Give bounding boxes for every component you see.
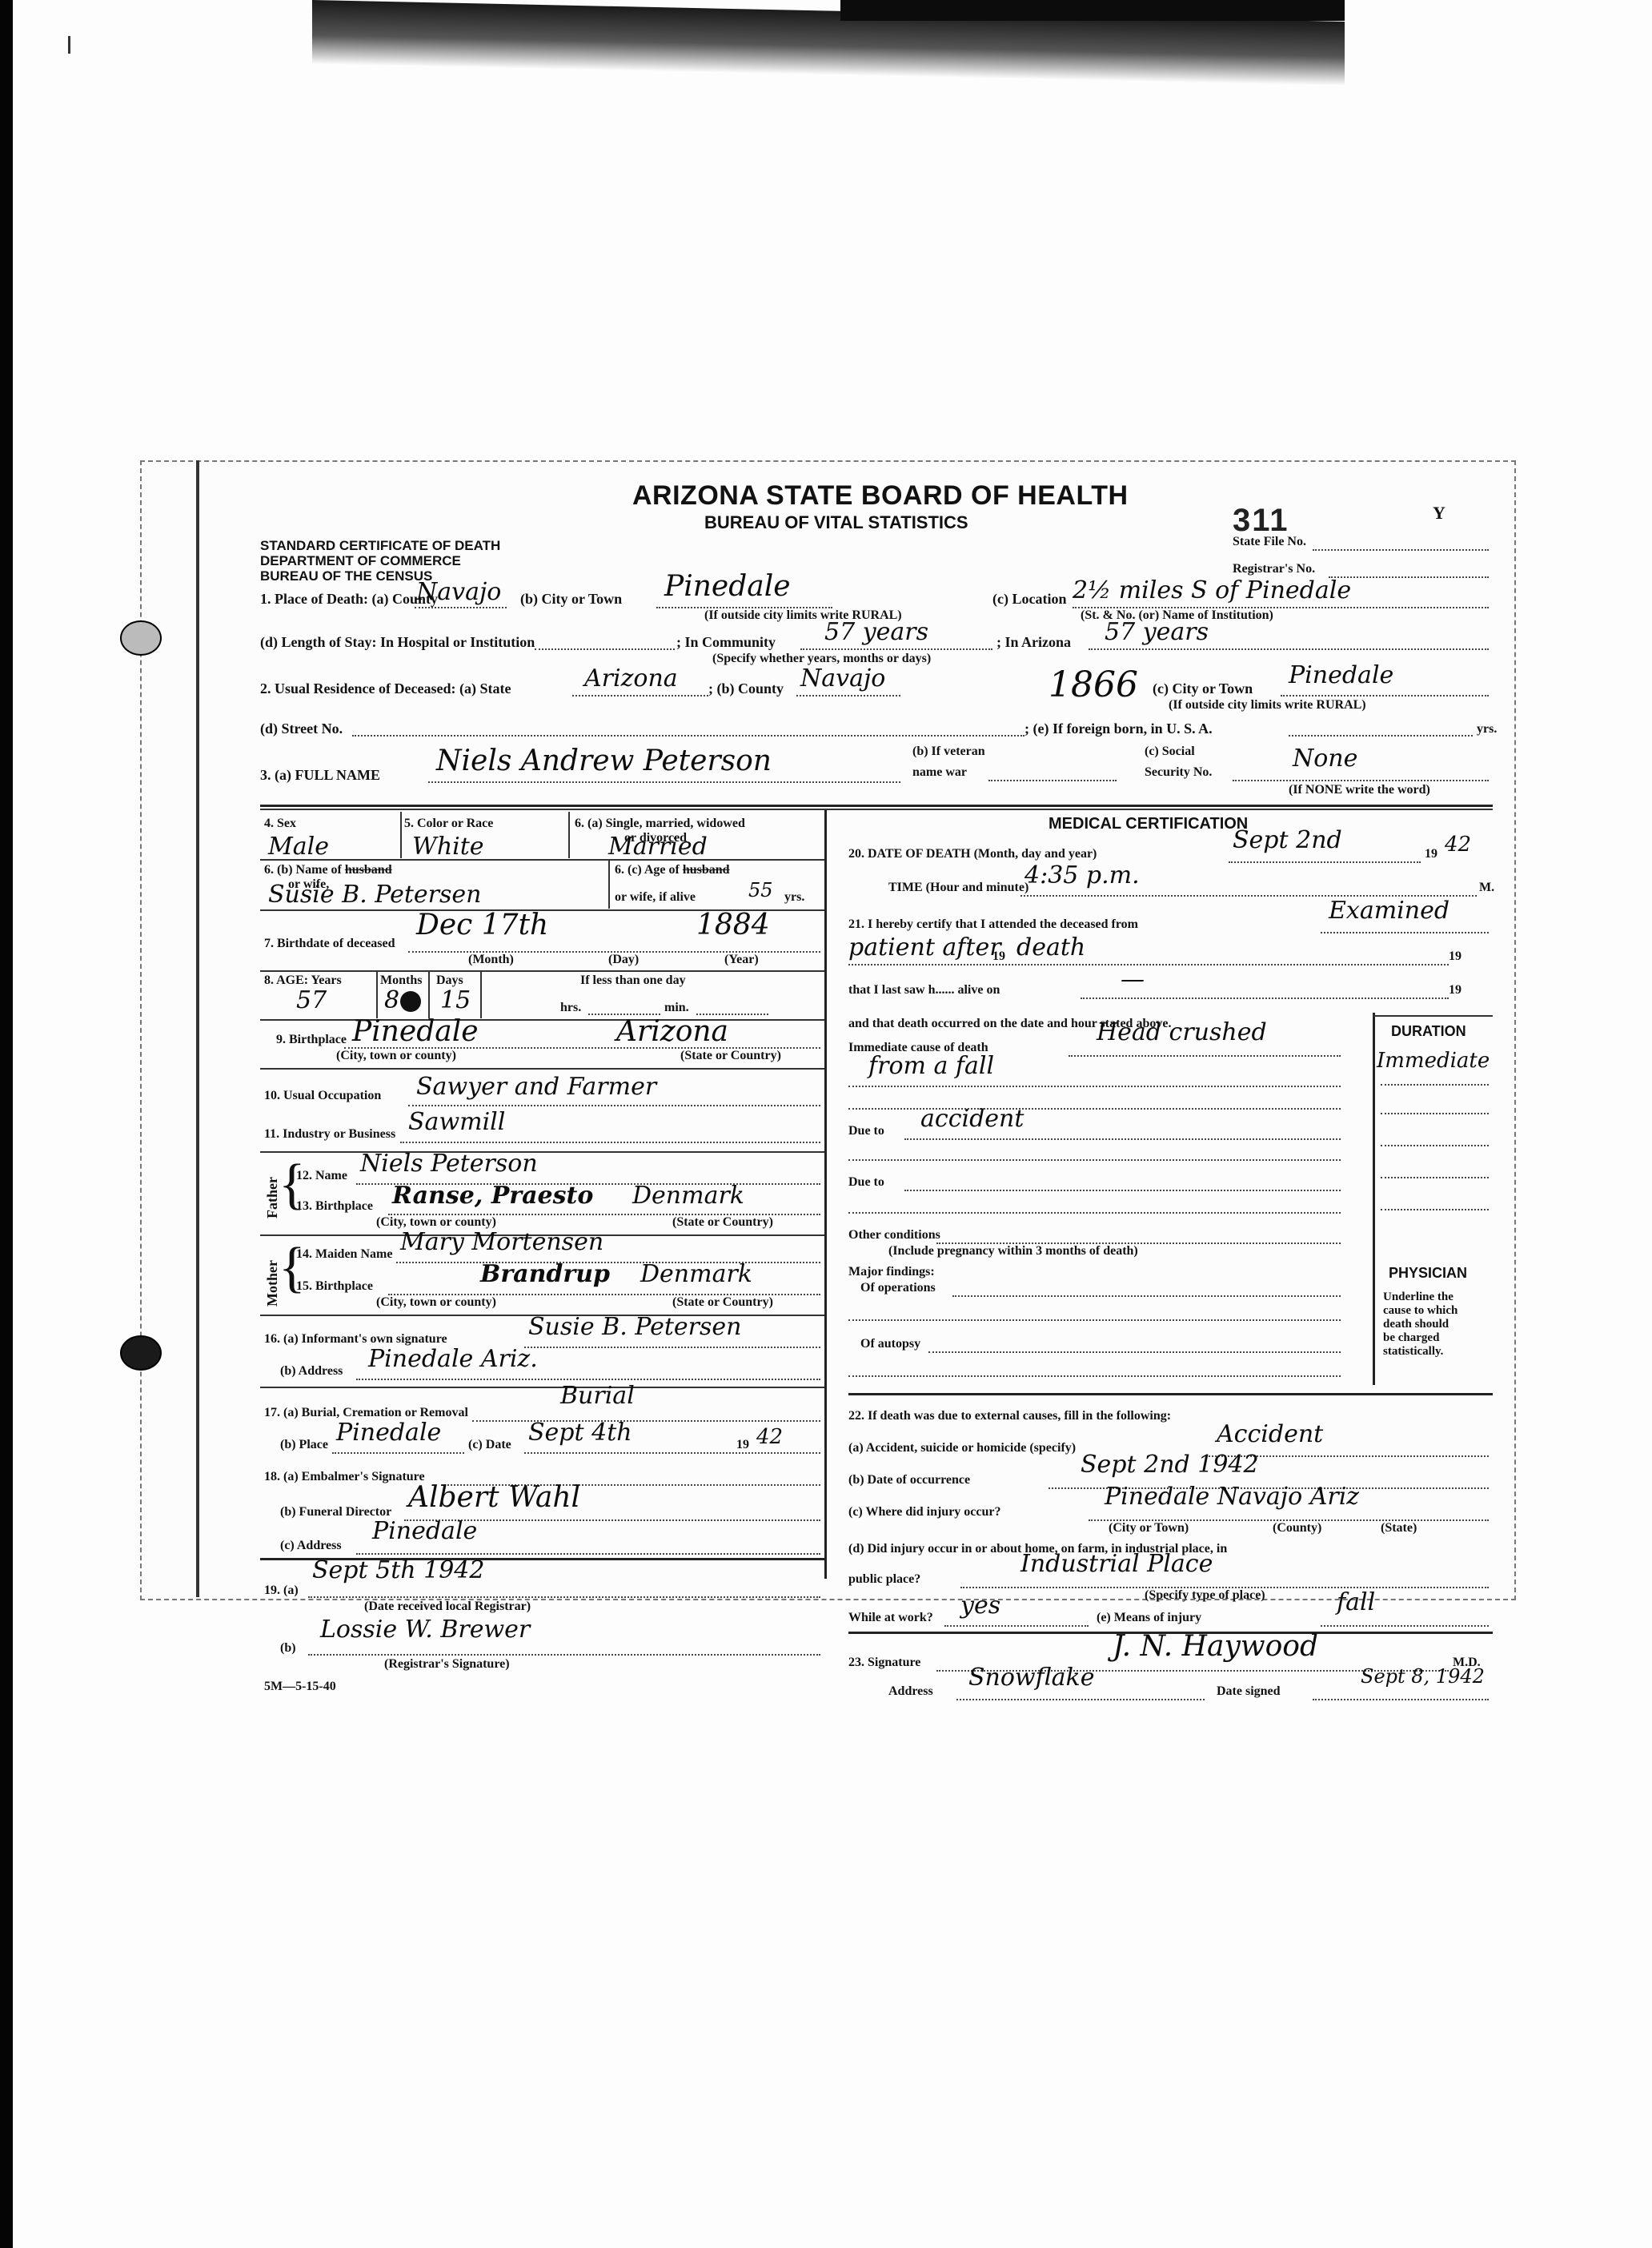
divider xyxy=(260,970,824,972)
father-state-note: (State or Country) xyxy=(672,1215,773,1230)
certifier-address-value[interactable]: Snowflake xyxy=(968,1664,1094,1692)
industry-label: 11. Industry or Business xyxy=(264,1127,395,1142)
burial-place-value[interactable]: Pinedale xyxy=(336,1419,441,1447)
injury-place-note: (Specify type of place) xyxy=(1145,1588,1265,1603)
street-label: (d) Street No. xyxy=(260,721,343,737)
spouse-age-suffix: yrs. xyxy=(784,890,804,905)
veteran-label: (b) If veteran xyxy=(912,745,985,759)
means-of-injury-value[interactable]: fall xyxy=(1337,1588,1375,1616)
mother-birthplace-city-value[interactable]: Brandrup xyxy=(480,1260,610,1288)
race-value[interactable]: White xyxy=(412,833,484,861)
certifier-address-label: Address xyxy=(888,1684,933,1699)
field-line xyxy=(848,1375,1341,1377)
spouse-age-label: 6. (c) Age of husband xyxy=(615,863,730,877)
cell-divider xyxy=(428,972,430,1018)
informant-signature-value[interactable]: Susie B. Petersen xyxy=(528,1313,741,1341)
stay-hospital-field[interactable] xyxy=(535,648,675,650)
immediate-cause-value[interactable]: Head crushed xyxy=(1097,1018,1267,1046)
registrar-received-label: 19. (a) xyxy=(264,1584,299,1598)
birthdate-label: 7. Birthdate of deceased xyxy=(264,937,395,951)
residence-city-label: (c) City or Town xyxy=(1153,680,1253,697)
field-line xyxy=(796,695,900,696)
registrar-signature-value[interactable]: Lossie W. Brewer xyxy=(320,1616,530,1644)
field-line xyxy=(1321,1625,1489,1627)
registrar-signature-note: (Registrar's Signature) xyxy=(384,1657,510,1672)
burial-year-value[interactable]: 42 xyxy=(756,1425,783,1449)
field-line xyxy=(1381,1113,1489,1114)
scan-speck xyxy=(68,36,70,54)
birthplace-state-value[interactable]: Arizona xyxy=(616,1015,728,1048)
community-label: ; In Community xyxy=(676,634,776,651)
spouse-name-value[interactable]: Susie B. Petersen xyxy=(268,881,481,909)
less-than-day-label: If less than one day xyxy=(580,973,686,988)
label-part: 6. (b) Name of xyxy=(264,863,342,877)
residence-state-value[interactable]: Arizona xyxy=(584,664,678,692)
burial-year-prefix: 19 xyxy=(736,1438,749,1452)
due-to-label-2: Due to xyxy=(848,1175,884,1190)
age-days-value[interactable]: 15 xyxy=(440,986,471,1014)
field-line xyxy=(332,1452,464,1454)
at-work-value[interactable]: yes xyxy=(960,1592,1000,1620)
certify-year-mark-2: 19 xyxy=(1449,949,1462,964)
page-subtitle: BUREAU OF VITAL STATISTICS xyxy=(704,512,968,533)
injury-city-note: (City or Town) xyxy=(1109,1521,1189,1535)
occurrence-date-label: (b) Date of occurrence xyxy=(848,1473,970,1487)
other-conditions-note: (Include pregnancy within 3 months of de… xyxy=(888,1244,1138,1258)
birthplace-city-value[interactable]: Pinedale xyxy=(352,1015,479,1048)
field-line xyxy=(1381,1209,1489,1210)
field-line xyxy=(572,695,708,696)
marital-label: 6. (a) Single, married, widowed xyxy=(575,817,745,831)
date-of-death-label: 20. DATE OF DEATH (Month, day and year) xyxy=(848,847,1097,861)
funeral-address-label: (c) Address xyxy=(280,1539,342,1553)
burial-method-value[interactable]: Burial xyxy=(560,1382,635,1410)
label-part: 6. (c) Age of xyxy=(615,863,680,877)
divider xyxy=(260,1387,824,1388)
burial-date-label: (c) Date xyxy=(468,1438,511,1452)
social-security-note: (If NONE write the word) xyxy=(1289,783,1430,797)
cell-divider xyxy=(400,812,402,858)
divider xyxy=(260,859,824,861)
burial-place-label: (b) Place xyxy=(280,1438,328,1452)
residence-county-label: ; (b) County xyxy=(708,680,784,697)
field-line xyxy=(400,1142,820,1143)
field-line xyxy=(524,1347,820,1348)
note-line: be charged xyxy=(1383,1331,1458,1345)
label-strike: husband xyxy=(345,863,392,877)
occurrence-date-value[interactable]: Sept 2nd 1942 xyxy=(1081,1451,1259,1479)
due-to-label: Due to xyxy=(848,1124,884,1138)
sex-label: 4. Sex xyxy=(264,817,296,831)
field-line xyxy=(848,1212,1341,1214)
injury-place-label-2: public place? xyxy=(848,1572,920,1587)
ink-blot xyxy=(400,991,421,1012)
field-line xyxy=(1281,695,1489,696)
residence-city-value[interactable]: Pinedale xyxy=(1289,661,1393,689)
date-of-death-value[interactable]: Sept 2nd xyxy=(1233,826,1342,854)
funeral-director-value[interactable]: Albert Wahl xyxy=(408,1481,580,1514)
veteran-war-label: name war xyxy=(912,765,967,780)
registrar-signature-label: (b) xyxy=(280,1641,296,1656)
note-line: statistically. xyxy=(1383,1345,1458,1359)
foreign-born-field[interactable] xyxy=(1289,735,1473,737)
social-security-label-2: Security No. xyxy=(1145,765,1212,780)
cell-divider xyxy=(480,972,482,1018)
birth-year-value[interactable]: 1884 xyxy=(696,909,770,941)
burial-date-value[interactable]: Sept 4th xyxy=(528,1419,632,1447)
column-divider xyxy=(824,810,827,1579)
state-file-field[interactable] xyxy=(1313,549,1489,551)
medical-heading: MEDICAL CERTIFICATION xyxy=(1049,815,1248,833)
certifier-signature-label: 23. Signature xyxy=(848,1656,920,1670)
accident-type-label: (a) Accident, suicide or homicide (speci… xyxy=(848,1441,1076,1455)
street-field[interactable] xyxy=(352,735,1024,737)
mother-birthplace-label: 15. Birthplace xyxy=(296,1279,373,1294)
form-name-line: STANDARD CERTIFICATE OF DEATH xyxy=(260,538,500,553)
certifier-signature-value[interactable]: J. N. Haywood xyxy=(1113,1630,1318,1663)
hrs-label: hrs. xyxy=(560,1001,581,1015)
box-top xyxy=(1373,1015,1493,1017)
note-line: Underline the xyxy=(1383,1291,1458,1304)
cell-divider xyxy=(376,972,378,1018)
spouse-age-value[interactable]: 55 xyxy=(748,879,773,901)
box-divider xyxy=(1373,1013,1375,1385)
field-line xyxy=(356,1553,820,1555)
death-location-label: (c) Location xyxy=(992,591,1066,608)
note-line: cause to which xyxy=(1383,1304,1458,1318)
corner-mark: Y xyxy=(1433,503,1445,524)
field-line xyxy=(415,607,507,608)
field-line xyxy=(472,1420,820,1422)
mother-state-note: (State or Country) xyxy=(672,1295,773,1310)
mother-birthplace-country-value[interactable]: Denmark xyxy=(640,1260,752,1288)
due-to-value[interactable]: accident xyxy=(920,1105,1024,1133)
operations-label: Of operations xyxy=(860,1281,936,1295)
date-signed-value[interactable]: Sept 8, 1942 xyxy=(1361,1665,1485,1688)
age-months-value[interactable]: 8 xyxy=(384,986,399,1014)
scan-border xyxy=(0,0,13,2248)
field-line xyxy=(956,1699,1205,1700)
registrar-no-label: Registrar's No. xyxy=(1233,562,1315,576)
registrar-received-value[interactable]: Sept 5th 1942 xyxy=(312,1556,484,1584)
punch-hole-icon xyxy=(120,1335,162,1371)
field-line xyxy=(848,1319,1341,1321)
field-line xyxy=(800,648,992,650)
autopsy-label: Of autopsy xyxy=(860,1337,920,1351)
registrar-received-note: (Date received local Registrar) xyxy=(364,1600,531,1614)
duration-value[interactable]: Immediate xyxy=(1377,1049,1490,1073)
occupation-label: 10. Usual Occupation xyxy=(264,1089,381,1103)
injury-state-note: (State) xyxy=(1381,1521,1417,1535)
field-line xyxy=(1321,932,1489,933)
field-line xyxy=(1089,648,1489,650)
means-of-injury-label: (e) Means of injury xyxy=(1097,1611,1201,1625)
date-signed-label: Date signed xyxy=(1217,1684,1281,1699)
length-of-stay-label: (d) Length of Stay: In Hospital or Insti… xyxy=(260,634,535,651)
at-work-label: While at work? xyxy=(848,1611,933,1625)
field-line xyxy=(1229,861,1421,863)
field-line xyxy=(848,1086,1341,1087)
cell-divider xyxy=(608,861,610,909)
certify-value[interactable]: Examined xyxy=(1329,897,1450,925)
birth-day-note: (Day) xyxy=(608,953,639,967)
operations-field[interactable] xyxy=(952,1295,1341,1297)
sex-value[interactable]: Male xyxy=(268,833,329,861)
autopsy-field[interactable] xyxy=(928,1351,1341,1353)
field-line xyxy=(308,1654,820,1656)
father-name-label: 12. Name xyxy=(296,1169,347,1183)
certify-label: 21. I hereby certify that I attended the… xyxy=(848,917,1138,932)
field-line xyxy=(1233,780,1489,781)
funeral-address-value[interactable]: Pinedale xyxy=(372,1517,477,1545)
mother-city-note: (City, town or county) xyxy=(376,1295,496,1310)
physician-note: Underline the cause to which death shoul… xyxy=(1383,1291,1458,1359)
arizona-label: ; In Arizona xyxy=(996,634,1071,651)
occupation-value[interactable]: Sawyer and Farmer xyxy=(416,1073,656,1101)
divider xyxy=(260,809,1493,810)
death-city-value[interactable]: Pinedale xyxy=(664,570,791,603)
death-location-value[interactable]: 2½ miles S of Pinedale xyxy=(1073,576,1351,604)
time-suffix: M. xyxy=(1479,881,1494,895)
divider xyxy=(260,805,1493,807)
arizona-value[interactable]: 57 years xyxy=(1105,618,1209,646)
birthplace-state-note: (State or Country) xyxy=(680,1049,781,1063)
due-to-field-2[interactable] xyxy=(904,1190,1341,1191)
field-line xyxy=(1381,1084,1489,1086)
field-line xyxy=(524,1452,820,1454)
birthplace-city-note: (City, town or county) xyxy=(336,1049,456,1063)
certify-value-3[interactable]: death xyxy=(1016,933,1085,961)
residence-city-note: (If outside city limits write RURAL) xyxy=(1169,698,1366,713)
field-line xyxy=(1381,1177,1489,1178)
field-line xyxy=(408,1105,820,1106)
punch-hole-icon xyxy=(120,620,162,656)
injury-location-label: (c) Where did injury occur? xyxy=(848,1505,1001,1519)
certify-value-2[interactable]: patient after xyxy=(848,933,1001,961)
margin-annotation: 1866 xyxy=(1049,664,1138,705)
social-security-label: (c) Social xyxy=(1145,745,1195,759)
field-line xyxy=(848,1159,1341,1161)
label-strike: husband xyxy=(683,863,730,877)
divider xyxy=(260,1068,824,1070)
place-of-death-label: 1. Place of Death: (a) County xyxy=(260,591,438,608)
death-year-prefix: 19 xyxy=(1425,847,1437,861)
death-county-value[interactable]: Navajo xyxy=(416,578,501,606)
field-line xyxy=(904,1138,1341,1140)
foreign-born-suffix: yrs. xyxy=(1477,722,1497,737)
mother-maiden-value[interactable]: Mary Mortensen xyxy=(400,1228,603,1256)
field-line xyxy=(1081,998,1449,999)
other-conditions-label: Other conditions xyxy=(848,1228,940,1242)
father-birthplace-label: 13. Birthplace xyxy=(296,1199,373,1214)
last-saw-year-mark: 19 xyxy=(1449,983,1462,998)
divider xyxy=(260,1151,824,1153)
injury-location-value[interactable]: Pinedale Navajo Ariz xyxy=(1105,1483,1359,1511)
physician-heading: PHYSICIAN xyxy=(1389,1265,1467,1282)
major-findings-label: Major findings: xyxy=(848,1265,935,1279)
father-birthplace-city-value[interactable]: Ranse, Praesto xyxy=(392,1182,593,1210)
age-years-value[interactable]: 57 xyxy=(296,986,327,1014)
birth-year-note: (Year) xyxy=(724,953,759,967)
full-name-value[interactable]: Niels Andrew Peterson xyxy=(436,745,772,777)
embalmer-label: 18. (a) Embalmer's Signature xyxy=(264,1470,425,1484)
marital-value[interactable]: Married xyxy=(608,833,708,861)
full-name-label: 3. (a) FULL NAME xyxy=(260,767,380,784)
informant-address-value[interactable]: Pinedale Ariz. xyxy=(368,1345,538,1373)
foreign-born-label: ; (e) If foreign born, in U. S. A. xyxy=(1024,721,1213,737)
residence-label: 2. Usual Residence of Deceased: (a) Stat… xyxy=(260,680,511,697)
father-name-value[interactable]: Niels Peterson xyxy=(360,1150,538,1178)
residence-county-value[interactable]: Navajo xyxy=(800,664,885,692)
community-value[interactable]: 57 years xyxy=(824,618,928,646)
time-of-death-value[interactable]: 4:35 p.m. xyxy=(1024,861,1140,889)
immediate-cause-value-2[interactable]: from a fall xyxy=(868,1052,994,1080)
last-saw-value[interactable]: — xyxy=(1121,965,1145,994)
page-title: ARIZONA STATE BOARD OF HEALTH xyxy=(632,480,1129,512)
external-causes-label: 22. If death was due to external causes,… xyxy=(848,1409,1171,1423)
veteran-field[interactable] xyxy=(988,780,1117,781)
spouse-age-label-2: or wife, if alive xyxy=(615,890,696,905)
duration-heading: DURATION xyxy=(1391,1023,1466,1040)
divider xyxy=(260,1019,824,1021)
state-file-stamp: 311 xyxy=(1233,503,1289,539)
field-line xyxy=(1381,1145,1489,1146)
field-line xyxy=(1069,1055,1341,1057)
time-of-death-label: TIME (Hour and minute) xyxy=(888,881,1028,895)
field-line xyxy=(428,781,900,783)
death-city-label: (b) City or Town xyxy=(520,591,622,608)
injury-place-value[interactable]: Industrial Place xyxy=(1020,1550,1213,1578)
spouse-name-label: 6. (b) Name of husband xyxy=(264,863,392,877)
father-birthplace-country-value[interactable]: Denmark xyxy=(632,1182,744,1210)
registrar-no-field[interactable] xyxy=(1329,576,1489,578)
field-line xyxy=(848,964,1449,965)
form-number: 5M—5-15-40 xyxy=(264,1680,336,1694)
race-label: 5. Color or Race xyxy=(404,817,493,831)
informant-address-label: (b) Address xyxy=(280,1364,343,1379)
state-file-label: State File No. xyxy=(1233,535,1306,549)
birthplace-label: 9. Birthplace xyxy=(276,1033,347,1047)
divider xyxy=(848,1393,1493,1395)
birth-month-value[interactable]: Dec 17th xyxy=(416,909,548,941)
mother-maiden-label: 14. Maiden Name xyxy=(296,1247,392,1262)
form-name-line: DEPARTMENT OF COMMERCE xyxy=(260,553,500,568)
injury-county-note: (County) xyxy=(1273,1521,1321,1535)
min-label: min. xyxy=(664,1001,689,1015)
certify-year-mark: 19 xyxy=(992,949,1005,964)
note-line: death should xyxy=(1383,1318,1458,1331)
field-line xyxy=(1313,1699,1489,1700)
accident-type-value[interactable]: Accident xyxy=(1217,1420,1323,1448)
death-year-value[interactable]: 42 xyxy=(1445,833,1471,857)
birth-month-note: (Month) xyxy=(468,953,514,967)
social-security-value[interactable]: None xyxy=(1293,745,1357,773)
cell-divider xyxy=(568,812,570,858)
industry-value[interactable]: Sawmill xyxy=(408,1108,505,1136)
field-line xyxy=(308,1596,820,1598)
field-line xyxy=(356,1379,820,1380)
form-name: STANDARD CERTIFICATE OF DEATH DEPARTMENT… xyxy=(260,538,500,584)
last-saw-label: that I last saw h...... alive on xyxy=(848,983,1000,998)
scan-shadow-dark xyxy=(840,0,1345,21)
field-line xyxy=(944,1625,1089,1627)
